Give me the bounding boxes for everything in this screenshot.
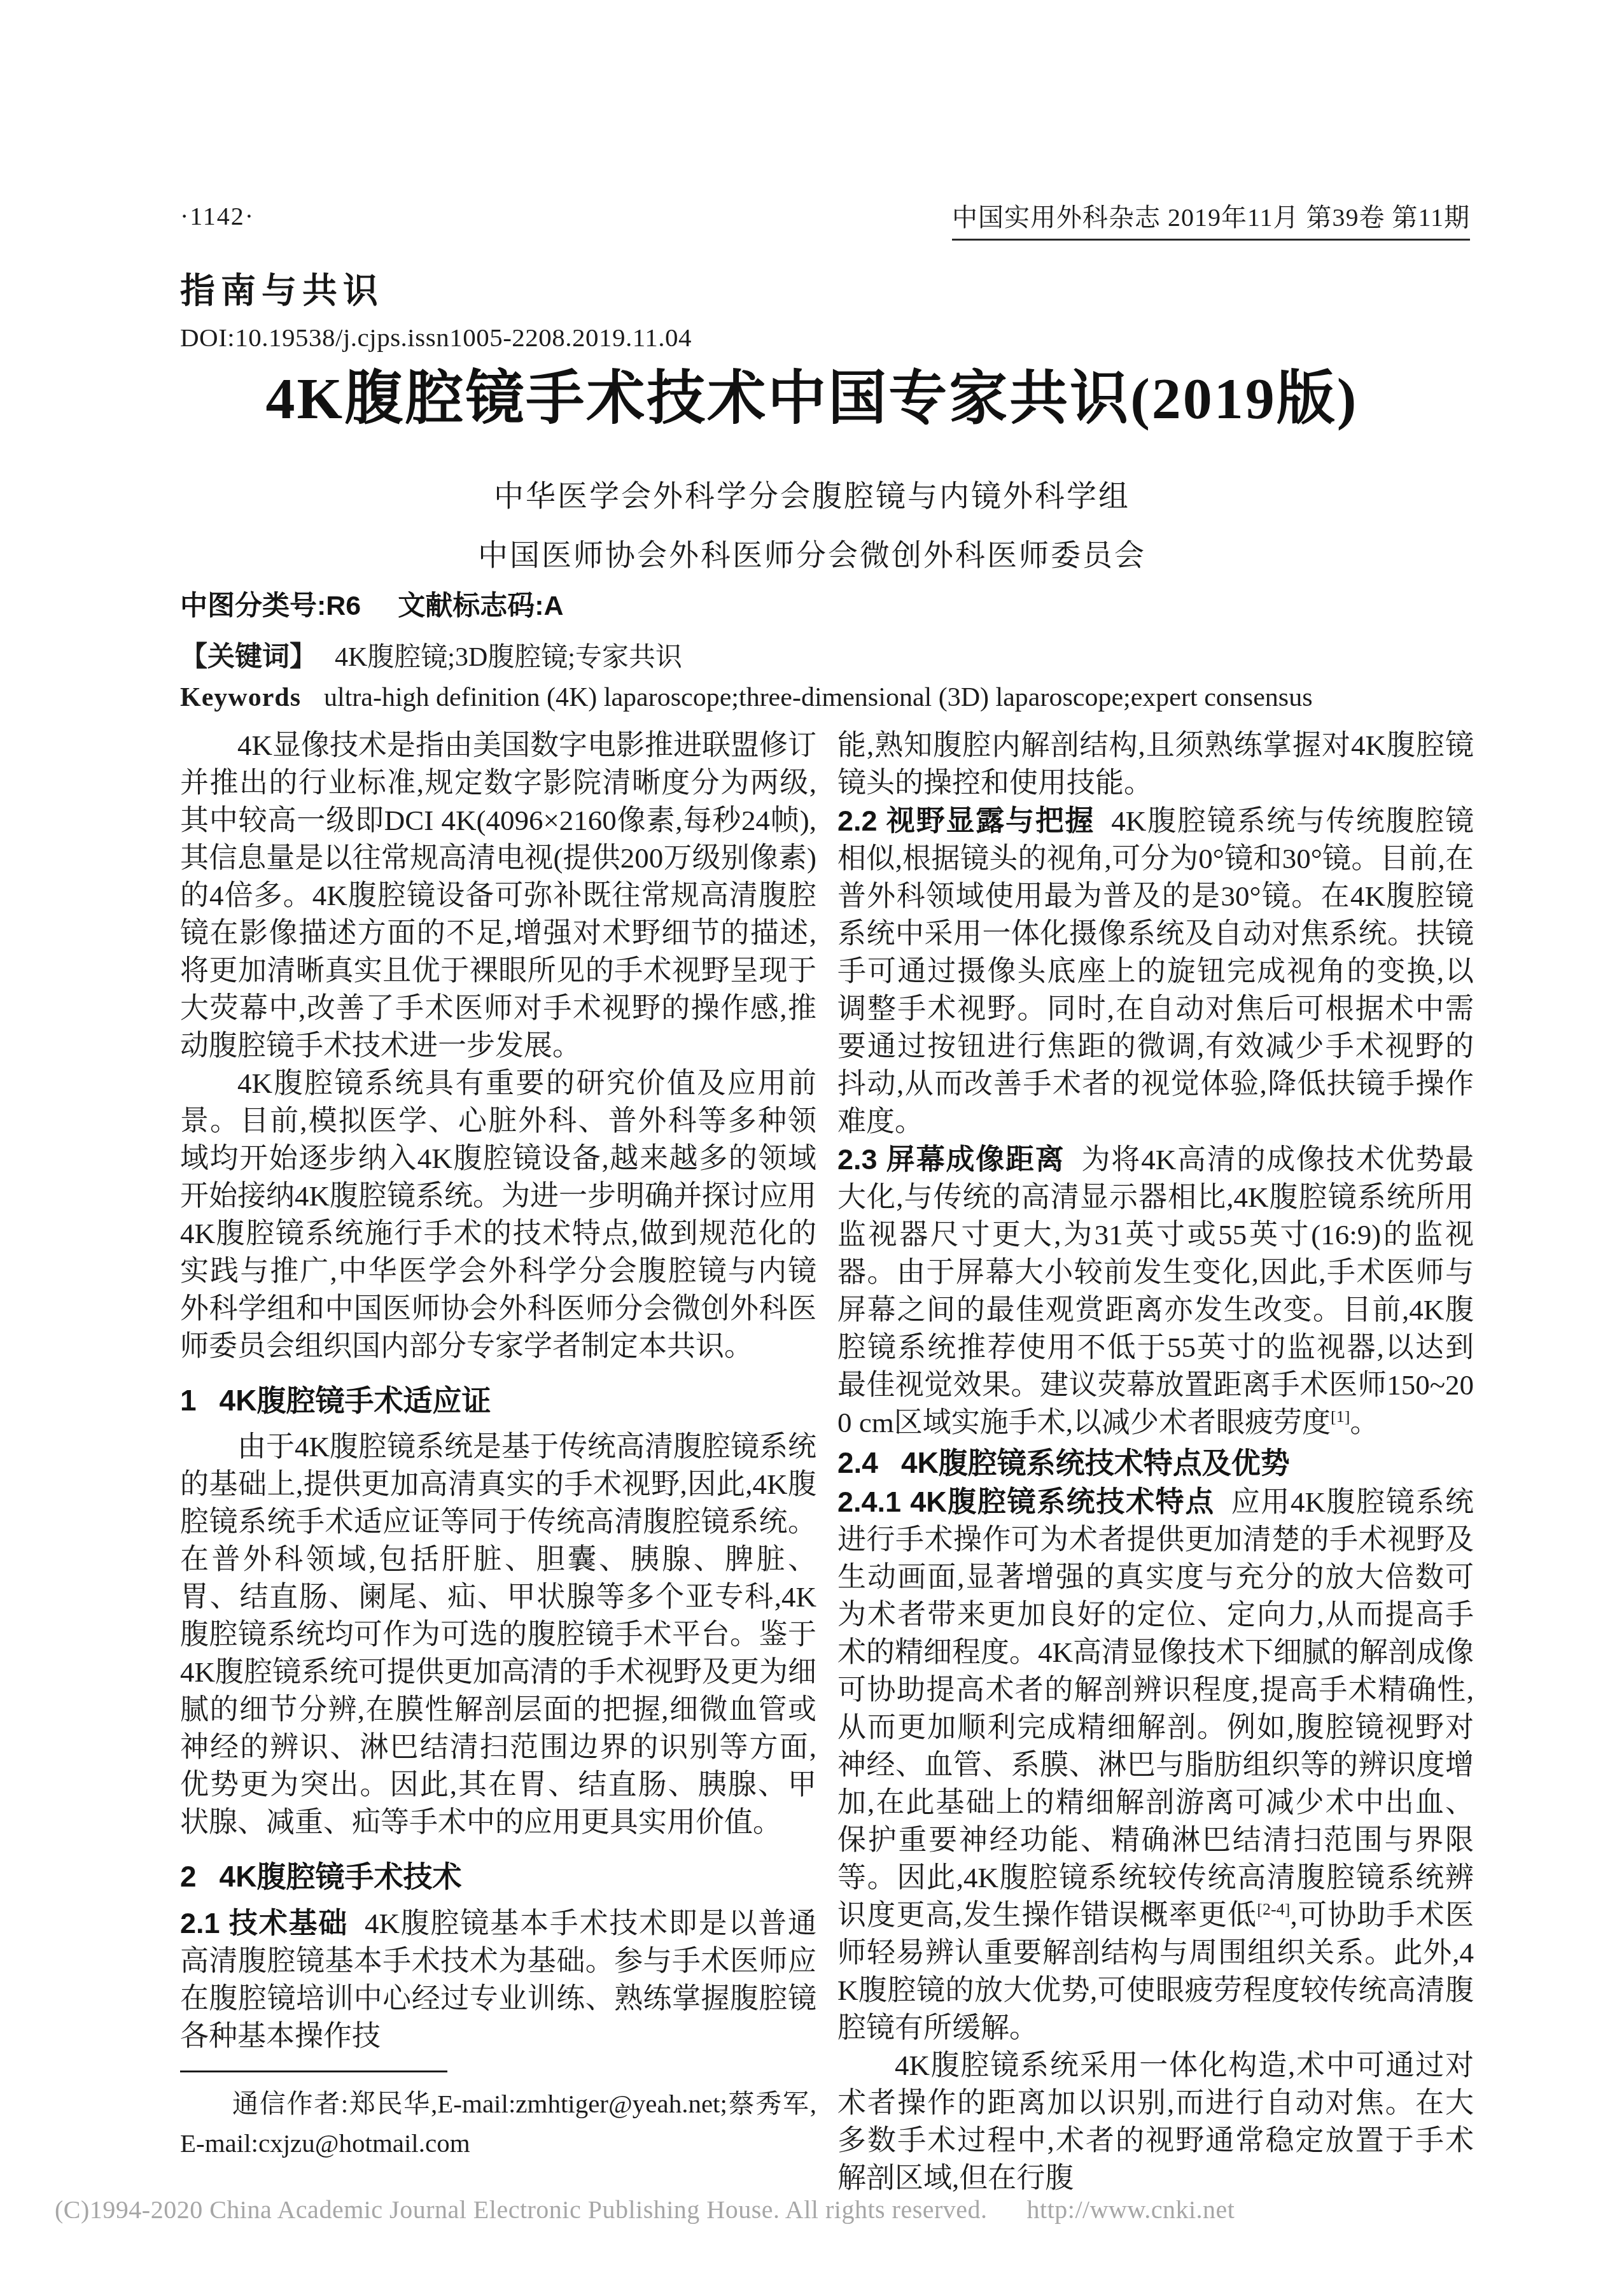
paragraph-continuation: 能,熟知腹腔内解剖结构,且须熟练掌握对4K腹腔镜镜头的操控和使用技能。 <box>837 727 1474 802</box>
keywords-en-label: Keywords <box>180 683 301 712</box>
clc-number: 中图分类号:R6 <box>180 591 361 621</box>
affiliation-line-2: 中国医师协会外科医师分会微创外科医师委员会 <box>0 531 1624 574</box>
article-title: 4K腹腔镜手术技术中国专家共识(2019版) <box>0 351 1624 435</box>
citation-ref-2-4: [2-4] <box>1257 1900 1290 1918</box>
paragraph-indications: 由于4K腹腔镜系统是基于传统高清腹腔镜系统的基础上,提供更加高清真实的手术视野,… <box>180 1428 816 1841</box>
citation-ref-1: [1] <box>1331 1407 1350 1426</box>
section-number: 2.4 <box>837 1446 878 1479</box>
keywords-en-text: ultra-high definition (4K) laparoscope;t… <box>324 683 1313 712</box>
body-column-right: 能,熟知腹腔内解剖结构,且须熟练掌握对4K腹腔镜镜头的操控和使用技能。 2.2 … <box>837 727 1474 2197</box>
document-code: 文献标志码:A <box>398 591 563 621</box>
classification-meta: 中图分类号:R6文献标志码:A <box>180 584 564 623</box>
subsection-label-2-4-1: 2.4.1 4K腹腔镜系统技术特点 <box>837 1486 1215 1518</box>
affiliation-line-1: 中华医学会外科学分会腹腔镜与内镜外科学组 <box>0 472 1624 515</box>
journal-info: 中国实用外科杂志 2019年11月 第39卷 第11期 <box>952 197 1470 241</box>
section-heading-1: 14K腹腔镜手术适应证 <box>180 1382 816 1419</box>
section-title: 4K腹腔镜手术技术 <box>220 1860 462 1893</box>
subsection-text-2-3: 为将4K高清的成像技术优势最大化,与传统的高清显示器相比,4K腹腔镜系统所用监视… <box>837 1144 1474 1438</box>
subsection-text-2-2: 4K腹腔镜系统与传统腹腔镜相似,根据镜头的视角,可分为0°镜和30°镜。目前,在… <box>837 805 1474 1137</box>
subsection-text-2-3-end: 。 <box>1350 1407 1378 1438</box>
corresponding-author-note: 通信作者:郑民华,E-mail:zmhtiger@yeah.net;蔡秀军,E-… <box>180 2084 816 2163</box>
section-number: 1 <box>180 1384 197 1417</box>
keywords-cn-label: 【关键词】 <box>180 642 317 672</box>
copyright-text: (C)1994-2020 China Academic Journal Elec… <box>55 2195 988 2224</box>
paragraph-2-1: 2.1 技术基础4K腹腔镜基本手术技术即是以普通高清腹腔镜基本手术技术为基础。参… <box>180 1904 816 2055</box>
paragraph-2-3: 2.3 屏幕成像距离为将4K高清的成像技术优势最大化,与传统的高清显示器相比,4… <box>837 1141 1474 1442</box>
keywords-cn-text: 4K腹腔镜;3D腹腔镜;专家共识 <box>335 643 682 672</box>
paragraph-intro-1: 4K显像技术是指由美国数字电影推进联盟修订并推出的行业标准,规定数字影院清晰度分… <box>180 727 816 1065</box>
footnote-rule <box>180 2071 447 2072</box>
paragraph-intro-2: 4K腹腔镜系统具有重要的研究价值及应用前景。目前,模拟医学、心脏外科、普外科等多… <box>180 1065 816 1365</box>
cnki-footer: (C)1994-2020 China Academic Journal Elec… <box>55 2195 1235 2225</box>
page-number: ·1142· <box>180 201 255 231</box>
doi-line: DOI:10.19538/j.cjps.issn1005-2208.2019.1… <box>180 322 692 353</box>
subsection-label-2-3: 2.3 屏幕成像距离 <box>837 1143 1065 1176</box>
journal-page: ·1142· 中国实用外科杂志 2019年11月 第39卷 第11期 指南与共识… <box>0 0 1624 2278</box>
paragraph-2-2: 2.2 视野显露与把握4K腹腔镜系统与传统腹腔镜相似,根据镜头的视角,可分为0°… <box>837 802 1474 1141</box>
keywords-cn-line: 【关键词】4K腹腔镜;3D腹腔镜;专家共识 <box>180 635 682 674</box>
subsection-label-2-1: 2.1 技术基础 <box>180 1907 348 1939</box>
affiliations: 中华医学会外科学分会腹腔镜与内镜外科学组 中国医师协会外科医师分会微创外科医师委… <box>0 472 1624 591</box>
section-title: 4K腹腔镜手术适应证 <box>220 1384 491 1417</box>
paragraph-autofocus: 4K腹腔镜系统采用一体化构造,术中可通过对术者操作的距离加以识别,而进行自动对焦… <box>837 2047 1474 2197</box>
body-column-left: 4K显像技术是指由美国数字电影推进联盟修订并推出的行业标准,规定数字影院清晰度分… <box>180 727 816 2163</box>
section-heading-2-4: 2.44K腹腔镜系统技术特点及优势 <box>837 1444 1474 1482</box>
keywords-en-line: Keywordsultra-high definition (4K) lapar… <box>180 682 1313 713</box>
subsection-label-2-2: 2.2 视野显露与把握 <box>837 805 1095 837</box>
cnki-url: http://www.cnki.net <box>1027 2195 1235 2224</box>
section-title: 4K腹腔镜系统技术特点及优势 <box>901 1446 1290 1479</box>
paragraph-2-4-1: 2.4.1 4K腹腔镜系统技术特点应用4K腹腔镜系统进行手术操作可为术者提供更加… <box>837 1483 1474 2047</box>
section-label: 指南与共识 <box>180 262 384 313</box>
section-heading-2: 24K腹腔镜手术技术 <box>180 1858 816 1895</box>
section-number: 2 <box>180 1860 197 1893</box>
footnote-block: 通信作者:郑民华,E-mail:zmhtiger@yeah.net;蔡秀军,E-… <box>180 2071 816 2163</box>
subsection-text-2-4-1: 应用4K腹腔镜系统进行手术操作可为术者提供更加清楚的手术视野及生动画面,显著增强… <box>837 1486 1474 1931</box>
